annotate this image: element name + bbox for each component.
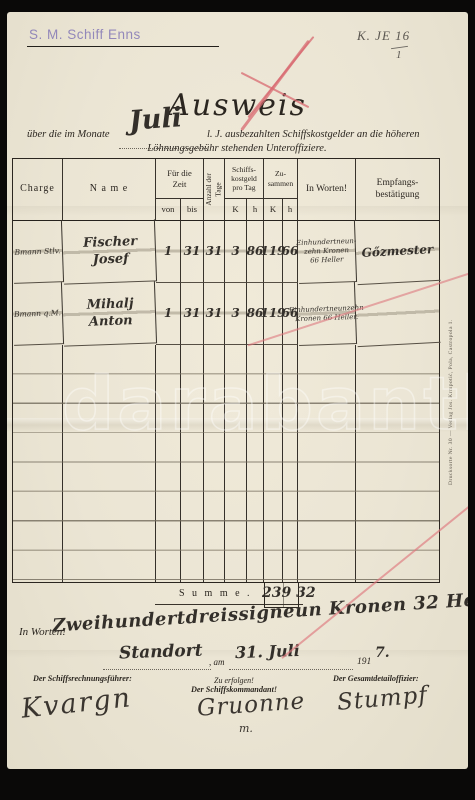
subheader-k2: K [264,199,283,221]
row2-tage: 31 [204,283,225,345]
subtitle-line2: Löhnungsgebühr stehenden Unteroffiziere. [97,143,377,154]
ship-stamp: S. M. Schiff Enns [29,27,141,42]
registry-note: K. JE 16 [357,28,410,44]
summe-total-value: 239 32 [262,585,304,601]
row1-empfang-signature: Gőzmester [354,219,440,285]
stamp-underline [27,46,219,48]
page-title: Ausweis [7,88,468,123]
registry-note-denominator: 1 [396,49,402,61]
row2-zus-k: 119 [264,283,283,345]
year-printed: 191 [357,657,371,667]
row2-von: 1 [156,283,181,345]
total-in-words: Zweihundertdreissigneun Kronen 32 Heller [52,592,433,636]
subheader-k1: K [225,199,247,221]
row1-charge: Bmann Stlv. [12,220,64,284]
row2-in-worten: Einhundertneunzehn Kronen 66 Heller. [297,282,357,346]
col-header-in-worten: In Worten! [298,159,356,221]
col-header-anzahl: Anzahl der Tage [204,159,225,221]
row1-von: 1 [156,221,181,283]
document-sheet: S. M. Schiff Enns K. JE 16 1 Ausweis übe… [7,12,468,769]
date-handwritten: 31. Juli [235,641,300,662]
row1-zus-k: 119 [264,221,283,283]
subheader-h2: h [283,199,298,221]
col-header-charge: Charge [13,159,63,221]
col-header-zeit: Für die Zeit [156,159,204,199]
subtitle-suffix: l. J. ausbezahlten Schiffskostgelder an … [207,129,420,140]
empty-table-rows [13,345,439,582]
row2-kost-k: 3 [225,283,247,345]
subheader-h1: h [247,199,264,221]
col-header-empfang: Empfangs- bestätigung [356,159,439,221]
caption-schiffsrechnungsfuehrer: Der Schiffsrechnungsführer: [33,674,132,683]
row1-tage: 31 [204,221,225,283]
row1-in-worten: Einhundertneun- zehn Kronen 66 Heller [297,220,357,284]
signature-left: Kvargn [20,682,134,724]
row2-bis: 31 [181,283,204,345]
row1-bis: 31 [181,221,204,283]
subheader-von: von [156,199,181,221]
photo-background: { "stamp": { "text": "S. M. Schiff Enns"… [0,0,475,800]
col-header-kostgeld: Schiffs- kostgeld pro Tag [225,159,264,199]
row2-name: Mihalj Anton [62,281,157,346]
col-header-zusammen: Zu- sammen [264,159,298,199]
am-label: , am [209,657,225,667]
subheader-bis: bis [181,199,204,221]
signature-right: Stumpf [336,682,429,716]
signature-center-initial: m. [239,722,253,735]
row1-name: Fischer Josef [62,219,157,284]
date-dotted-line [229,669,353,670]
summe-label: S u m m e . [179,588,252,599]
printer-imprint: Drucksorte Nr. 30 — Verlag Jos. Krmpotić… [448,350,454,485]
caption-zu-erfolgen: Zu erfolgen! [214,676,254,685]
subtitle-prefix: über die im Monate [27,129,110,140]
handwritten-month: Juli [128,102,183,137]
year-handwritten: 7. [375,645,390,661]
col-header-name: N a m e [63,159,156,221]
row1-kost-k: 3 [225,221,247,283]
place-handwritten: Standort [119,641,203,664]
caption-gesamtdetailoffizier: Der Gesamtdetailoffizier: [333,674,419,683]
pay-table: Charge N a m e Für die Zeit Anzahl der T… [12,158,440,583]
row2-empfang-signature [354,281,440,347]
place-dotted-line [103,669,211,670]
row2-charge: Bmann q.M. [12,282,64,346]
